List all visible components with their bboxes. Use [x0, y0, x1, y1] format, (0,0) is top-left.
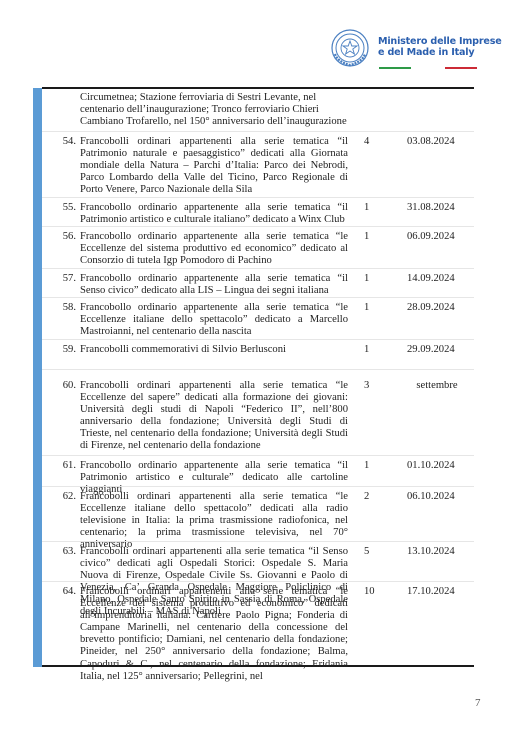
- row-date: 13.10.2024: [407, 546, 465, 558]
- row-number: 54.: [54, 136, 76, 148]
- row-description: Francobolli ordinari appartenenti alla s…: [80, 586, 348, 683]
- page-number: 7: [475, 697, 481, 709]
- row-date: settembre: [402, 380, 472, 392]
- row-date: 29.09.2024: [407, 344, 465, 356]
- row-quantity: 4: [364, 136, 384, 148]
- row-date: 01.10.2024: [407, 460, 465, 472]
- table-row: 59. Francobolli commemorativi di Silvio …: [42, 339, 474, 340]
- row-quantity: 10: [364, 586, 384, 598]
- table-row: 57. Francobollo ordinario appartenente a…: [42, 268, 474, 269]
- row-number: 64.: [54, 586, 76, 598]
- row-date: 03.08.2024: [407, 136, 465, 148]
- table-row: 60. Francobolli ordinari appartenenti al…: [42, 369, 474, 370]
- row-number: 56.: [54, 231, 76, 243]
- ministry-name: Ministero delle Imprese e del Made in It…: [378, 36, 502, 58]
- row-description: Francobollo ordinario appartenente alla …: [80, 273, 348, 297]
- row-quantity: 1: [364, 273, 384, 285]
- row-number: 62.: [54, 491, 76, 503]
- row-description: Circumetnea; Stazione ferroviaria di Ses…: [80, 92, 348, 128]
- row-quantity: 1: [364, 202, 384, 214]
- row-number: 58.: [54, 302, 76, 314]
- table-row: 55. Francobollo ordinario appartenente a…: [42, 197, 474, 198]
- table-row: 62. Francobolli ordinari appartenenti al…: [42, 486, 474, 487]
- row-quantity: 1: [364, 460, 384, 472]
- row-description: Francobolli ordinari appartenenti alla s…: [80, 380, 348, 453]
- row-date: 28.09.2024: [407, 302, 465, 314]
- ministry-name-line2: e del Made in Italy: [378, 47, 502, 58]
- row-description: Francobollo ordinario appartenente alla …: [80, 231, 348, 267]
- stamp-issues-table: Circumetnea; Stazione ferroviaria di Ses…: [42, 87, 474, 667]
- row-description: Francobolli commemorativi di Silvio Berl…: [80, 344, 348, 356]
- table-row: 63. Francobolli ordinari appartenenti al…: [42, 541, 474, 542]
- row-date: 14.09.2024: [407, 273, 465, 285]
- row-number: 63.: [54, 546, 76, 558]
- row-number: 55.: [54, 202, 76, 214]
- row-description: Francobolli ordinari appartenenti alla s…: [80, 136, 348, 196]
- table-row: 56. Francobollo ordinario appartenente a…: [42, 226, 474, 227]
- row-date: 17.10.2024: [407, 586, 465, 598]
- row-date: 31.08.2024: [407, 202, 465, 214]
- row-date: 06.10.2024: [407, 491, 465, 503]
- row-date: 06.09.2024: [407, 231, 465, 243]
- row-quantity: 1: [364, 302, 384, 314]
- ministry-name-line1: Ministero delle Imprese: [378, 36, 502, 47]
- table-row: 61. Francobollo ordinario appartenente a…: [42, 455, 474, 456]
- row-quantity: 1: [364, 344, 384, 356]
- row-number: 57.: [54, 273, 76, 285]
- row-description: Francobollo ordinario appartenente alla …: [80, 302, 348, 338]
- row-quantity: 3: [364, 380, 384, 392]
- row-quantity: 1: [364, 231, 384, 243]
- table-row: 54. Francobolli ordinari appartenenti al…: [42, 131, 474, 132]
- row-description: Francobolli ordinari appartenenti alla s…: [80, 491, 348, 551]
- flag-red-stripe: [445, 67, 477, 69]
- row-number: 61.: [54, 460, 76, 472]
- row-number: 60.: [54, 380, 76, 392]
- row-quantity: 2: [364, 491, 384, 503]
- italian-republic-emblem-icon: [330, 28, 370, 68]
- row-number: 59.: [54, 344, 76, 356]
- ministry-logo: Ministero delle Imprese e del Made in It…: [330, 28, 530, 76]
- flag-green-stripe: [379, 67, 411, 69]
- table-accent-bar: [33, 88, 42, 667]
- table-row: 58. Francobollo ordinario appartenente a…: [42, 297, 474, 298]
- table-row: 64. Francobolli ordinari appartenenti al…: [42, 581, 474, 582]
- row-description: Francobollo ordinario appartenente alla …: [80, 202, 348, 226]
- row-quantity: 5: [364, 546, 384, 558]
